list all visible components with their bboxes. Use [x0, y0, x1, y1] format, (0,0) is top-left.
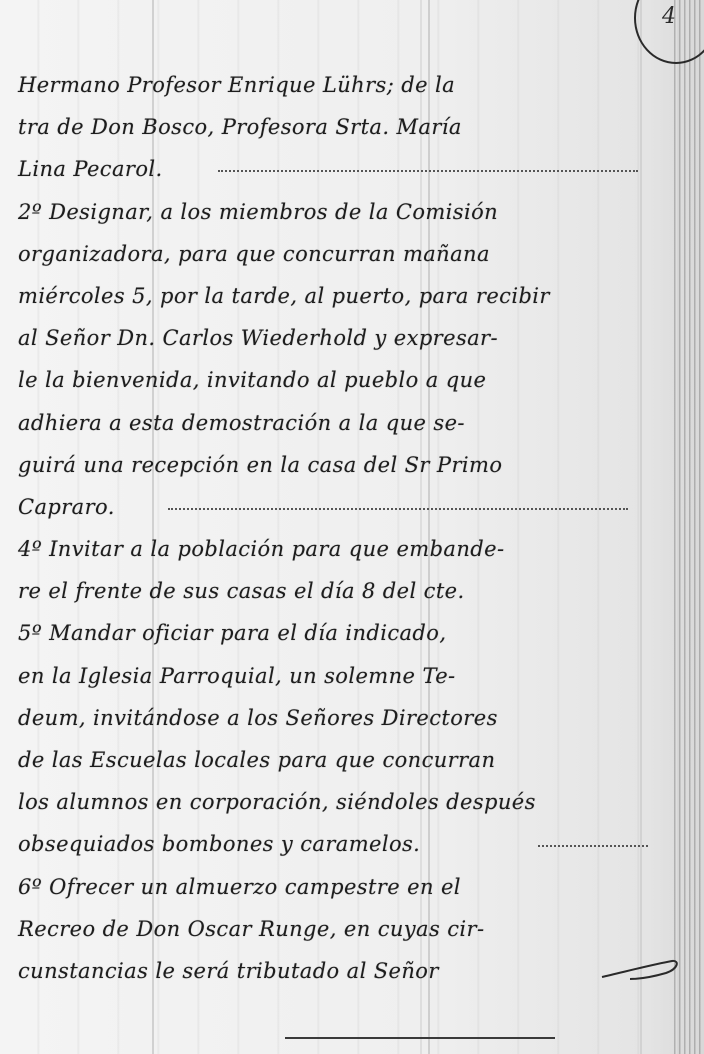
text-line: 4º Invitar a la población para que emban… — [18, 528, 648, 570]
text-line: 5º Mandar oficiar para el día indicado, — [18, 612, 648, 654]
text-line: en la Iglesia Parroquial, un solemne Te- — [18, 655, 648, 697]
fill-dots — [538, 845, 648, 848]
page-number-circle: 4 — [634, 0, 704, 64]
fill-dots — [218, 170, 638, 173]
text-line: de las Escuelas locales para que concurr… — [18, 739, 648, 781]
scanned-document-page: 4 Hermano Profesor Enrique Lührs; de la … — [0, 0, 704, 1054]
text-line: tra de Don Bosco, Profesora Srta. María — [18, 106, 648, 148]
closing-rule — [285, 1037, 555, 1039]
text-line: 6º Ofrecer un almuerzo campestre en el — [18, 866, 648, 908]
handwritten-text-body: Hermano Profesor Enrique Lührs; de la tr… — [18, 64, 648, 992]
text-line: obsequiados bombones y caramelos. — [18, 823, 648, 865]
fill-dots — [168, 508, 628, 511]
text-line: adhiera a esta demostración a la que se- — [18, 402, 648, 444]
text-line: re el frente de sus casas el día 8 del c… — [18, 570, 648, 612]
text-line: al Señor Dn. Carlos Wiederhold y expresa… — [18, 317, 648, 359]
text-line: 2º Designar, a los miembros de la Comisi… — [18, 191, 648, 233]
text-line: guirá una recepción en la casa del Sr Pr… — [18, 444, 648, 486]
signature-flourish-icon — [600, 955, 680, 985]
page-number: 4 — [662, 4, 676, 29]
page-edge-shadow — [674, 0, 704, 1054]
text-line: miércoles 5, por la tarde, al puerto, pa… — [18, 275, 648, 317]
text-line: cunstancias le será tributado al Señor — [18, 950, 648, 992]
text-line: Recreo de Don Oscar Runge, en cuyas cir- — [18, 908, 648, 950]
text-line: le la bienvenida, invitando al pueblo a … — [18, 359, 648, 401]
text-line: Hermano Profesor Enrique Lührs; de la — [18, 64, 648, 106]
text-line: Lina Pecarol. — [18, 148, 648, 190]
text-line: los alumnos en corporación, siéndoles de… — [18, 781, 648, 823]
text-line: deum, invitándose a los Señores Director… — [18, 697, 648, 739]
text-line: Capraro. — [18, 486, 648, 528]
text-line: organizadora, para que concurran mañana — [18, 233, 648, 275]
